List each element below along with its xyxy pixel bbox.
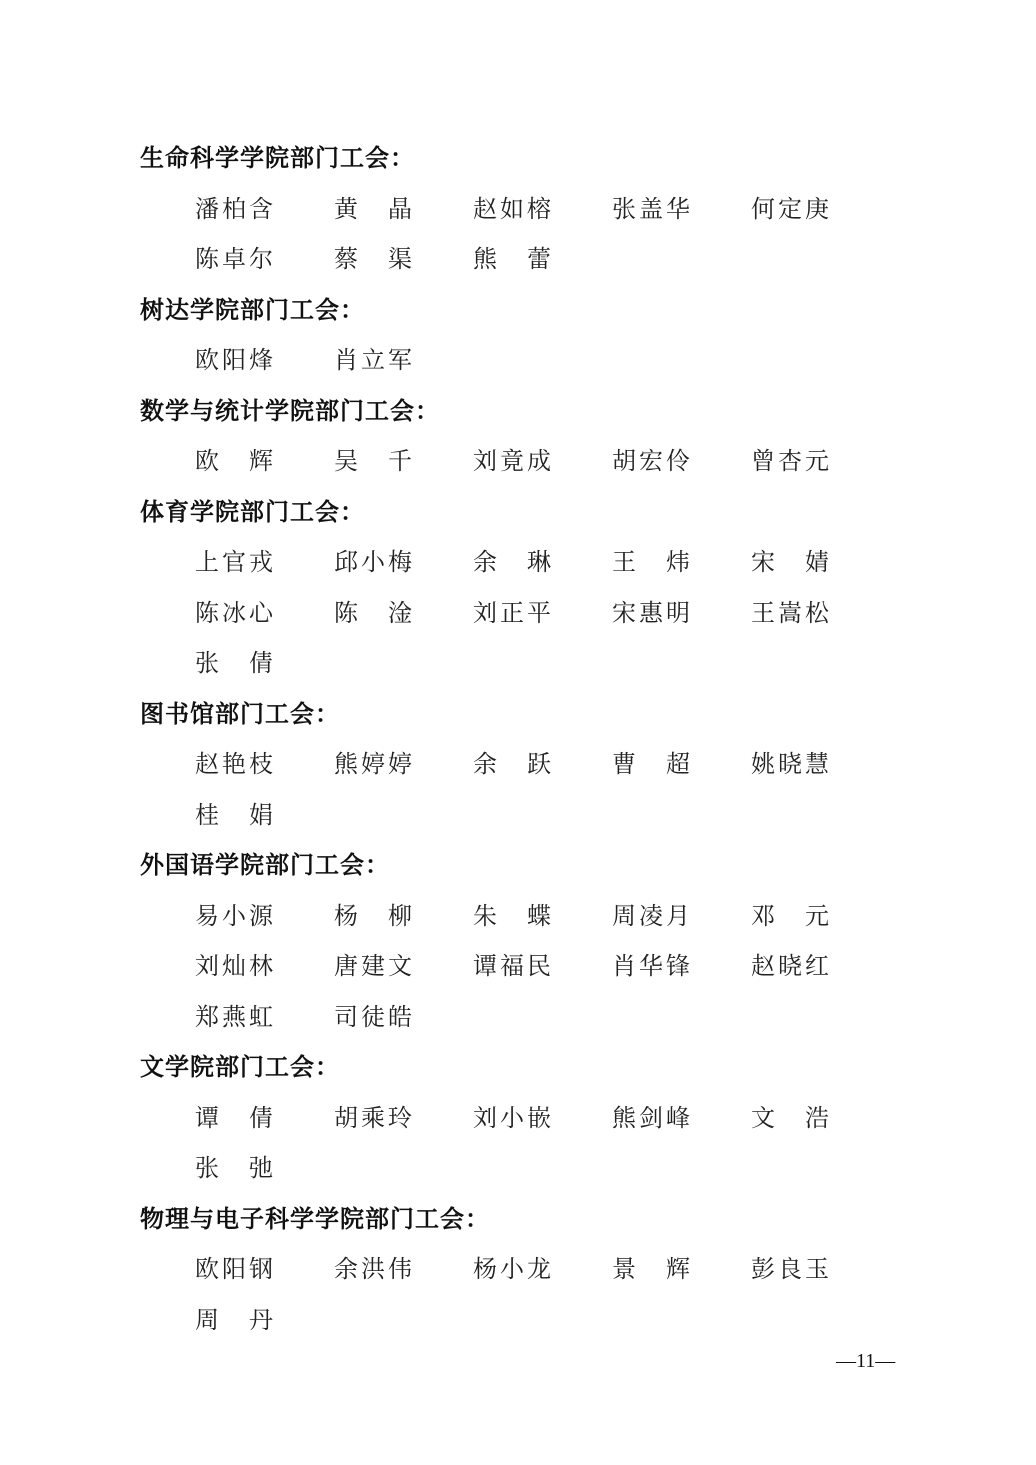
member-name: 赵如榕 (473, 184, 612, 235)
member-name: 胡乘玲 (334, 1093, 473, 1144)
member-name: 周 丹 (195, 1295, 334, 1346)
member-name: 熊剑峰 (612, 1093, 751, 1144)
name-row: 郑燕虹司徒皓 (140, 992, 900, 1043)
member-name: 潘柏含 (195, 184, 334, 235)
member-name: 何定庚 (751, 184, 890, 235)
member-name: 陈冰心 (195, 588, 334, 639)
name-row: 欧阳烽肖立军 (140, 335, 900, 386)
member-name: 余 琳 (473, 537, 612, 588)
member-name: 邓 元 (751, 891, 890, 942)
member-name: 余 跃 (473, 739, 612, 790)
member-name: 上官戎 (195, 537, 334, 588)
document-body: 生命科学学院部门工会：潘柏含黄 晶赵如榕张盖华何定庚陈卓尔蔡 渠熊 蕾树达学院部… (140, 133, 900, 1345)
section-heading: 生命科学学院部门工会： (140, 133, 900, 184)
member-name: 景 辉 (612, 1244, 751, 1295)
member-name: 刘小嵌 (473, 1093, 612, 1144)
name-row: 张 倩 (140, 638, 900, 689)
member-name: 欧阳烽 (195, 335, 334, 386)
member-name: 黄 晶 (334, 184, 473, 235)
member-name: 刘竟成 (473, 436, 612, 487)
member-name: 宋 婧 (751, 537, 890, 588)
member-name: 桂 娟 (195, 790, 334, 841)
name-row: 欧阳钢余洪伟杨小龙景 辉彭良玉 (140, 1244, 900, 1295)
section-heading: 外国语学院部门工会： (140, 840, 900, 891)
member-name: 张盖华 (612, 184, 751, 235)
member-name: 刘正平 (473, 588, 612, 639)
member-name: 司徒皓 (334, 992, 473, 1043)
member-name: 赵艳枝 (195, 739, 334, 790)
member-name: 杨 柳 (334, 891, 473, 942)
member-name: 王 炜 (612, 537, 751, 588)
member-name: 陈卓尔 (195, 234, 334, 285)
name-row: 刘灿林唐建文谭福民肖华锋赵晓红 (140, 941, 900, 992)
name-row: 谭 倩胡乘玲刘小嵌熊剑峰文 浩 (140, 1093, 900, 1144)
member-name: 刘灿林 (195, 941, 334, 992)
member-name: 蔡 渠 (334, 234, 473, 285)
name-row: 欧 辉吴 千刘竟成胡宏伶曾杏元 (140, 436, 900, 487)
name-row: 上官戎邱小梅余 琳王 炜宋 婧 (140, 537, 900, 588)
member-name: 唐建文 (334, 941, 473, 992)
section-heading: 树达学院部门工会： (140, 285, 900, 336)
member-name: 王嵩松 (751, 588, 890, 639)
member-name: 余洪伟 (334, 1244, 473, 1295)
member-name: 张 弛 (195, 1143, 334, 1194)
member-name: 赵晓红 (751, 941, 890, 992)
member-name: 肖立军 (334, 335, 473, 386)
section-heading: 文学院部门工会： (140, 1042, 900, 1093)
section-heading: 图书馆部门工会： (140, 689, 900, 740)
name-row: 赵艳枝熊婷婷余 跃曹 超姚晓慧 (140, 739, 900, 790)
name-row: 潘柏含黄 晶赵如榕张盖华何定庚 (140, 184, 900, 235)
page-number: —11— (836, 1350, 895, 1373)
member-name: 谭福民 (473, 941, 612, 992)
name-row: 陈卓尔蔡 渠熊 蕾 (140, 234, 900, 285)
member-name: 朱 蝶 (473, 891, 612, 942)
member-name: 郑燕虹 (195, 992, 334, 1043)
member-name: 谭 倩 (195, 1093, 334, 1144)
section-heading: 体育学院部门工会： (140, 487, 900, 538)
section-heading: 物理与电子科学学院部门工会： (140, 1194, 900, 1245)
member-name: 肖华锋 (612, 941, 751, 992)
name-row: 陈冰心陈 淦刘正平宋惠明王嵩松 (140, 588, 900, 639)
member-name: 杨小龙 (473, 1244, 612, 1295)
member-name: 欧 辉 (195, 436, 334, 487)
member-name: 宋惠明 (612, 588, 751, 639)
member-name: 易小源 (195, 891, 334, 942)
member-name: 胡宏伶 (612, 436, 751, 487)
member-name: 周凌月 (612, 891, 751, 942)
name-row: 易小源杨 柳朱 蝶周凌月邓 元 (140, 891, 900, 942)
member-name: 熊 蕾 (473, 234, 612, 285)
name-row: 周 丹 (140, 1295, 900, 1346)
member-name: 邱小梅 (334, 537, 473, 588)
member-name: 姚晓慧 (751, 739, 890, 790)
name-row: 张 弛 (140, 1143, 900, 1194)
member-name: 文 浩 (751, 1093, 890, 1144)
member-name: 曾杏元 (751, 436, 890, 487)
member-name: 欧阳钢 (195, 1244, 334, 1295)
member-name: 吴 千 (334, 436, 473, 487)
member-name: 曹 超 (612, 739, 751, 790)
member-name: 张 倩 (195, 638, 334, 689)
member-name: 彭良玉 (751, 1244, 890, 1295)
name-row: 桂 娟 (140, 790, 900, 841)
member-name: 陈 淦 (334, 588, 473, 639)
member-name: 熊婷婷 (334, 739, 473, 790)
section-heading: 数学与统计学院部门工会： (140, 386, 900, 437)
